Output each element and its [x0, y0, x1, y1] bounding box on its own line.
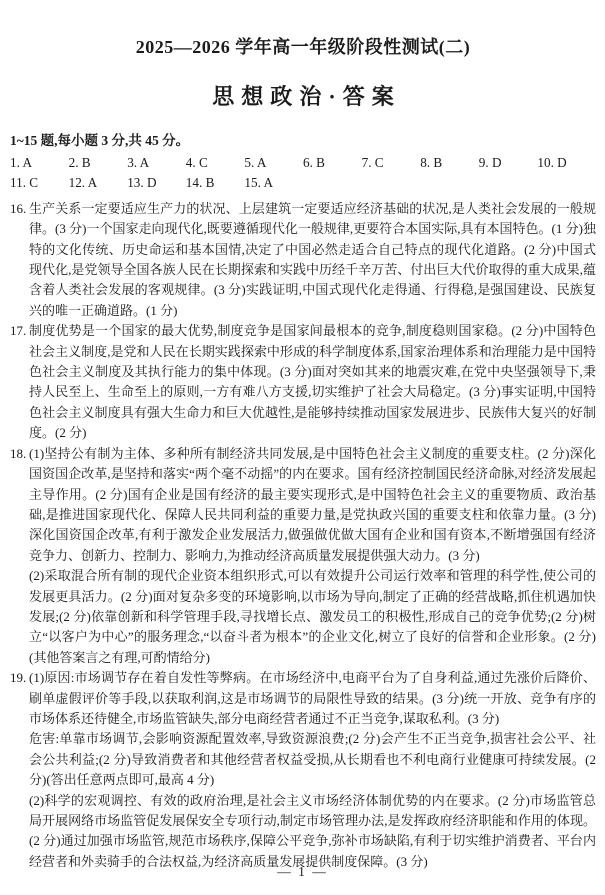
mc-answer-7: 7. C: [362, 153, 421, 173]
mc-instructions: 1~15 题,每小题 3 分,共 45 分。: [10, 133, 596, 148]
mc-answer-3: 3. A: [127, 153, 186, 173]
mc-answer-9: 9. D: [479, 153, 538, 173]
item-number: 19.: [10, 668, 26, 688]
item-number: 17.: [10, 321, 26, 341]
mc-answer-grid: 1. A 2. B 3. A 4. C 5. A 6. B 7. C 8. B …: [10, 153, 596, 194]
answer-item-17: 17. 制度优势是一个国家的最大优势,制度竞争是国家间最根本的竞争,制度稳则国家…: [10, 321, 596, 443]
mc-answer-6: 6. B: [303, 153, 362, 173]
item-number: 16.: [10, 199, 26, 219]
mc-answer-12: 12. A: [69, 173, 128, 193]
item-paragraph: 制度优势是一个国家的最大优势,制度竞争是国家间最根本的竞争,制度稳则国家稳。(2…: [29, 321, 596, 443]
mc-answer-15: 15. A: [244, 173, 303, 193]
mc-answer-10: 10. D: [537, 153, 596, 173]
mc-answer-13: 13. D: [127, 173, 186, 193]
page-number: — 1 —: [0, 864, 605, 880]
item-paragraph: 生产关系一定要适应生产力的状况、上层建筑一定要适应经济基础的状况,是人类社会发展…: [29, 199, 596, 321]
mc-answer-14: 14. B: [186, 173, 245, 193]
item-paragraph: (2)采取混合所有制的现代企业资本组织形式,可以有效提升公司运行效率和管理的科学…: [29, 566, 596, 668]
exam-answer-page: 2025—2026 学年高一年级阶段性测试(二) 思想政治·答案 1~15 题,…: [0, 0, 605, 895]
item-paragraph: (2)科学的宏观调控、有效的政府治理,是社会主义市场经济体制优势的内在要求。(2…: [29, 791, 596, 873]
page-title: 2025—2026 学年高一年级阶段性测试(二): [10, 36, 596, 58]
answer-items: 16. 生产关系一定要适应生产力的状况、上层建筑一定要适应经济基础的状况,是人类…: [10, 199, 596, 872]
mc-answer-2: 2. B: [69, 153, 128, 173]
answer-item-16: 16. 生产关系一定要适应生产力的状况、上层建筑一定要适应经济基础的状况,是人类…: [10, 199, 596, 321]
answer-item-19: 19. (1)原因:市场调节存在着自发性等弊病。在市场经济中,电商平台为了自身利…: [10, 668, 596, 872]
mc-answer-8: 8. B: [420, 153, 479, 173]
item-paragraph: (1)坚持公有制为主体、多种所有制经济共同发展,是中国特色社会主义制度的重要支柱…: [29, 444, 596, 566]
item-number: 18.: [10, 444, 26, 464]
item-paragraph: (1)原因:市场调节存在着自发性等弊病。在市场经济中,电商平台为了自身利益,通过…: [29, 668, 596, 729]
subject-title: 思想政治·答案: [10, 84, 596, 110]
mc-answer-5: 5. A: [244, 153, 303, 173]
mc-answer-1: 1. A: [10, 153, 69, 173]
answer-item-18: 18. (1)坚持公有制为主体、多种所有制经济共同发展,是中国特色社会主义制度的…: [10, 444, 596, 668]
item-paragraph: 危害:单靠市场调节,会影响资源配置效率,导致资源浪费;(2 分)会产生不正当竞争…: [29, 729, 596, 790]
mc-answer-4: 4. C: [186, 153, 245, 173]
mc-answer-11: 11. C: [10, 173, 69, 193]
